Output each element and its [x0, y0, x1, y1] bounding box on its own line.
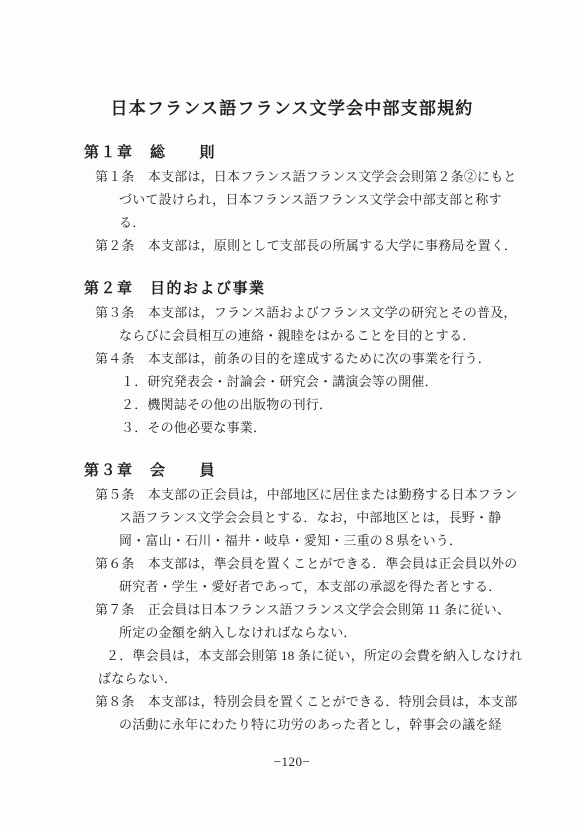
article-6-line-1: 第６条 本支部は，準会員を置くことができる．準会員は正会員以外の [95, 552, 584, 575]
article-2-line-1: 第２条 本支部は，原則として支部長の所属する大学に事務局を置く． [95, 234, 584, 257]
article-3-line-2: ならびに会員相互の連絡・親睦をはかることを目的とする． [119, 324, 584, 347]
article-1-line-2: づいて設けられ，日本フランス語フランス文学会中部支部と称す [119, 188, 584, 211]
article-5-line-1: 第５条 本支部の正会員は，中部地区に居住または勤務する日本フラン [95, 483, 584, 506]
article-4-item-2: ２．機関誌その他の出版物の刊行． [121, 393, 584, 416]
chapter-2-purpose-and-activities: 第２章 目的および事業 第３条 本支部は，フランス語およびフランス文学の研究とそ… [0, 278, 584, 439]
article-1-line-3: る． [119, 211, 584, 234]
article-3-line-1: 第３条 本支部は，フランス語およびフランス文学の研究とその普及， [95, 301, 584, 324]
article-5-line-3: 岡・富山・石川・福井・岐阜・愛知・三重の８県をいう． [119, 529, 584, 552]
article-5-line-2: ス語フランス文学会会員とする．なお，中部地区とは，長野・静 [119, 506, 584, 529]
article-7-subclause-2-line-2: ばならない． [98, 667, 584, 690]
article-8-line-2: の活動に永年にわたり特に功労のあった者とし，幹事会の議を経 [119, 713, 584, 736]
article-4-line-1: 第４条 本支部は，前条の目的を達成するために次の事業を行う． [95, 347, 584, 370]
chapter-3-heading: 第３章 会 員 [84, 460, 584, 483]
page-number: −120− [0, 754, 584, 770]
article-7-line-1: 第７条 正会員は日本フランス語フランス文学会会則第 11 条に従い、 [95, 598, 584, 621]
article-7-subclause-2-line-1: ２．準会員は，本支部会則第 18 条に従い，所定の会費を納入しなけれ [106, 644, 584, 667]
document-page: 日本フランス語フランス文学会中部支部規約 第１章 総 則 第１条 本支部は，日本… [0, 0, 584, 827]
article-4-item-3: ３．その他必要な事業． [121, 416, 584, 439]
article-4-item-1: １．研究発表会・討論会・研究会・講演会等の開催． [121, 370, 584, 393]
chapter-3-members: 第３章 会 員 第５条 本支部の正会員は，中部地区に居住または勤務する日本フラン… [0, 460, 584, 736]
article-7-line-2: 所定の金額を納入しなければならない． [119, 621, 584, 644]
document-title: 日本フランス語フランス文学会中部支部規約 [0, 97, 584, 121]
article-1-line-1: 第１条 本支部は，日本フランス語フランス文学会会則第２条②にもと [95, 165, 584, 188]
article-8-line-1: 第８条 本支部は，特別会員を置くことができる．特別会員は，本支部 [95, 690, 584, 713]
article-6-line-2: 研究者・学生・愛好者であって，本支部の承認を得た者とする． [119, 575, 584, 598]
chapter-2-heading: 第２章 目的および事業 [84, 278, 584, 301]
chapter-1-general-provisions: 第１章 総 則 第１条 本支部は，日本フランス語フランス文学会会則第２条②にもと… [0, 142, 584, 257]
chapter-1-heading: 第１章 総 則 [84, 142, 584, 165]
